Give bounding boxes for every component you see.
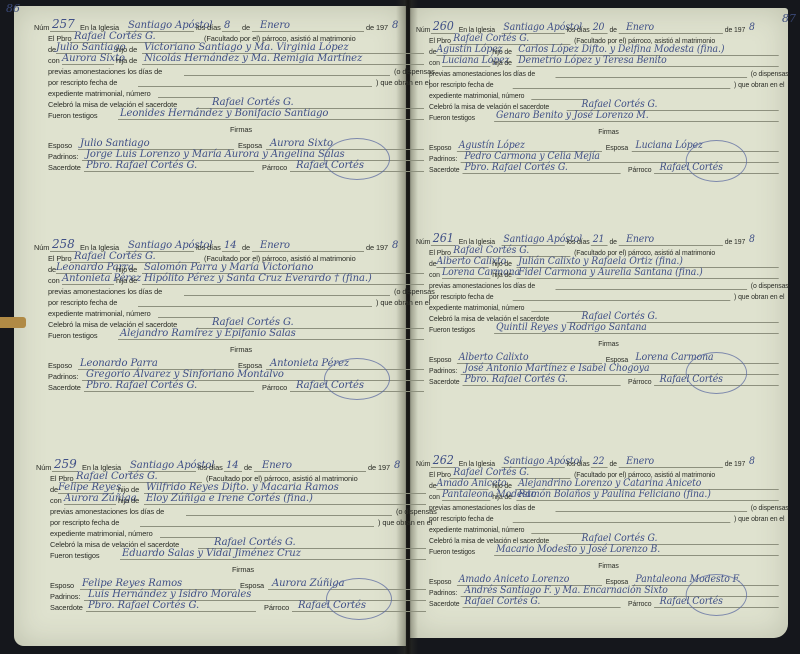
anio-value: 8	[749, 456, 755, 467]
marriage-entry: Núm 257 En la Iglesia Santiago Apóstol l…	[34, 22, 426, 182]
sacerdote-label: Sacerdote	[48, 383, 81, 392]
mes-line	[619, 245, 723, 246]
dias-label: los días	[567, 237, 590, 246]
esposo-value: Felipe Reyes	[58, 482, 121, 493]
sacerdote-line	[86, 611, 256, 612]
amonestaciones-label: previas amonestaciones los días de	[429, 69, 535, 78]
firmas-label: Firmas	[598, 561, 618, 570]
esposa-line	[62, 64, 114, 65]
marriage-entry: Núm 260 En la Iglesia Santiago Apóstol l…	[416, 24, 781, 184]
obran-label: ) que obran en el	[734, 514, 784, 523]
amonestaciones-label: previas amonestaciones los días de	[48, 287, 162, 296]
dia-value: 20	[593, 22, 605, 33]
rescripto-label: por rescripto fecha de	[429, 292, 493, 301]
parroco-label: Párroco	[628, 165, 651, 174]
dias-label: los días	[196, 243, 221, 252]
esposa-line	[442, 278, 490, 279]
firma-sacerdote: Pbro. Rafael Cortés G.	[86, 160, 197, 171]
padrinos-label: Padrinos:	[429, 154, 457, 163]
rescripto-line	[513, 522, 731, 523]
expediente-label: expediente matrimonial, número	[50, 529, 153, 538]
expediente-line	[531, 311, 587, 312]
con-label: con	[48, 56, 60, 65]
celebrante-value: Rafael Cortés G.	[582, 311, 658, 322]
esposo-label: Esposo	[429, 577, 451, 586]
de-prefix-label: de	[429, 47, 436, 56]
dia-line	[222, 31, 240, 32]
hija-de-label: hija de	[116, 56, 137, 65]
testigos-label: Fueron testigos	[50, 551, 99, 560]
anio-label: de 197	[725, 459, 745, 468]
pbro-value: Rafael Cortés G.	[74, 251, 156, 262]
parish-seal-stamp	[326, 578, 392, 620]
celebrante-value: Rafael Cortés G.	[582, 533, 658, 544]
rescripto-label: por rescripto fecha de	[48, 78, 117, 87]
esposa-line	[442, 66, 490, 67]
mes-value: Enero	[626, 22, 654, 33]
num-label: Núm	[416, 237, 430, 246]
padres-esposa-value: Fidel Carmona y Aurelia Santana (fina.)	[518, 267, 702, 278]
firma-esposo: Leonardo Parra	[80, 358, 158, 369]
num-label: Núm	[34, 23, 49, 32]
expediente-label: expediente matrimonial, número	[48, 89, 151, 98]
sacerdote-line	[463, 607, 621, 608]
celebrante-value: Rafael Cortés G.	[214, 537, 296, 548]
dia-value: 14	[226, 460, 239, 471]
esposo-label: Esposo	[48, 361, 72, 370]
marriage-entry: Núm 259 En la Iglesia Santiago Apóstol l…	[36, 462, 428, 622]
de-label: de	[609, 25, 616, 34]
esposa-line	[62, 284, 114, 285]
hija-de-label: hija de	[492, 270, 512, 279]
pbro-value: Rafael Cortés G.	[453, 33, 529, 44]
firma-esposo: Agustín López	[459, 140, 525, 151]
con-label: con	[429, 270, 440, 279]
padrinos-label: Padrinos:	[429, 366, 457, 375]
firma-esposo: Amado Aniceto Lorenzo	[459, 574, 570, 585]
testigos-line	[118, 339, 424, 340]
testigos-line	[494, 121, 779, 122]
amonestaciones-line	[184, 295, 390, 296]
padres-esposa-line	[516, 500, 778, 501]
anio-value: 8	[749, 22, 755, 33]
de-prefix-label: de	[48, 265, 56, 274]
padres-esposo-value: Wilfrido Reyes Difto. y Macaria Ramos	[146, 482, 339, 493]
sacerdote-label: Sacerdote	[48, 163, 81, 172]
anio-label: de 197	[366, 23, 388, 32]
esposa-label: Esposa	[606, 143, 628, 152]
num-line	[52, 471, 78, 472]
esposa-line	[64, 504, 116, 505]
dispensas-label: (o dispensas	[751, 281, 789, 290]
testigos-line	[494, 333, 779, 334]
sacerdote-line	[84, 171, 254, 172]
num-line	[50, 251, 76, 252]
mes-line	[254, 471, 366, 472]
amonestaciones-line	[186, 515, 392, 516]
rescripto-label: por rescripto fecha de	[48, 298, 117, 307]
marriage-entry: Núm 258 En la Iglesia Santiago Apóstol l…	[34, 242, 426, 402]
firma-esposo: Felipe Reyes Ramos	[82, 578, 182, 589]
padrinos-value: Andrés Santiago F. y Ma. Encarnación Six…	[464, 585, 667, 596]
sacerdote-label: Sacerdote	[429, 165, 460, 174]
expediente-line	[160, 537, 220, 538]
con-label: con	[50, 496, 62, 505]
pbro-value: Rafael Cortés G.	[453, 245, 529, 256]
rescripto-line	[513, 300, 731, 301]
dia-line	[224, 471, 242, 472]
anio-label: de 197	[366, 243, 388, 252]
testigos-label: Fueron testigos	[429, 547, 475, 556]
rescripto-label: por rescripto fecha de	[50, 518, 119, 527]
expediente-label: expediente matrimonial, número	[429, 303, 524, 312]
con-label: con	[429, 492, 440, 501]
padres-esposo-value: Julián Calixto y Rafaela Ortiz (fina.)	[518, 256, 683, 267]
de-prefix-label: de	[429, 481, 436, 490]
padrinos-value: Gregorio Álvarez y Sinforiano Montalvo	[86, 369, 284, 380]
testigos-label: Fueron testigos	[429, 325, 475, 334]
expediente-label: expediente matrimonial, número	[429, 525, 524, 534]
left-page-number: 86	[6, 2, 20, 15]
rescripto-line	[138, 86, 372, 87]
esposo-label: Esposo	[429, 355, 451, 364]
mes-line	[252, 251, 364, 252]
parish-seal-stamp	[324, 138, 390, 180]
sacerdote-label: Sacerdote	[429, 377, 460, 386]
rescripto-label: por rescripto fecha de	[429, 80, 493, 89]
parroco-label: Párroco	[264, 603, 289, 612]
rescripto-label: por rescripto fecha de	[429, 514, 493, 523]
right-page-number: 87	[782, 12, 796, 25]
mes-value: Enero	[262, 460, 292, 471]
hija-de-label: hija de	[118, 496, 139, 505]
anio-value: 8	[394, 460, 400, 471]
expediente-label: expediente matrimonial, número	[429, 91, 524, 100]
padres-esposa-value: Demetrio López y Teresa Benito	[518, 55, 666, 66]
de-prefix-label: de	[50, 485, 58, 494]
de-prefix-label: de	[429, 259, 436, 268]
anio-value: 8	[749, 234, 755, 245]
padres-esposa-value: Nicolás Hernández y Ma. Remigia Martínez	[144, 53, 362, 64]
de-label: de	[242, 243, 250, 252]
dia-line	[591, 33, 608, 34]
con-label: con	[48, 276, 60, 285]
padres-esposo-value: Salomón Parra y María Victoriano	[144, 262, 313, 273]
padres-esposa-line	[144, 504, 426, 505]
padrinos-label: Padrinos:	[429, 588, 457, 597]
marriage-entry: Núm 262 En la Iglesia Santiago Apóstol l…	[416, 458, 781, 618]
num-label: Núm	[34, 243, 49, 252]
firma-esposa: Aurora Sixto	[270, 138, 333, 149]
firma-sacerdote: Rafael Cortés G.	[464, 596, 540, 607]
padres-esposa-value: Ramón Bolaños y Paulina Feliciano (fina.…	[518, 489, 710, 500]
amonestaciones-line	[556, 77, 748, 78]
firmas-label: Firmas	[598, 127, 618, 136]
de-label: de	[242, 23, 250, 32]
num-line	[431, 467, 455, 468]
amonestaciones-line	[184, 75, 390, 76]
mes-value: Enero	[626, 456, 654, 467]
testigos-value: Alejandro Ramírez y Epifanio Salas	[120, 328, 296, 339]
testigos-label: Fueron testigos	[429, 113, 475, 122]
rescripto-line	[138, 306, 372, 307]
parroco-label: Párroco	[628, 599, 651, 608]
testigos-value: Genaro Benito y José Lorenzo M.	[496, 110, 649, 121]
dia-line	[591, 467, 608, 468]
parish-seal-stamp	[686, 140, 747, 182]
testigos-value: Quintil Reyes y Rodrigo Santana	[496, 322, 647, 333]
mes-line	[619, 467, 723, 468]
firmas-label: Firmas	[598, 339, 618, 348]
padrinos-label: Padrinos:	[48, 372, 78, 381]
num-line	[431, 33, 455, 34]
amonestaciones-line	[556, 511, 748, 512]
de-prefix-label: de	[48, 45, 56, 54]
testigos-line	[494, 555, 779, 556]
celebrante-value: Rafael Cortés G.	[212, 317, 294, 328]
entry-number: 258	[52, 237, 75, 251]
entry-number: 262	[433, 453, 454, 467]
amonestaciones-label: previas amonestaciones los días de	[48, 67, 162, 76]
padrinos-value: Jorge Luis Lorenzo y María Aurora y Ange…	[86, 149, 345, 160]
anio-value: 8	[392, 240, 398, 251]
firma-sacerdote: Pbro. Rafael Cortés G.	[464, 374, 567, 385]
anio-value: 8	[392, 20, 398, 31]
de-label: de	[609, 237, 616, 246]
padres-esposo-value: Carlos López Difto. y Delfina Modesta (f…	[518, 44, 724, 55]
expediente-line	[158, 97, 218, 98]
esposo-label: Esposo	[48, 141, 72, 150]
padrinos-value: José Antonio Martínez e Isabel Chogoya	[464, 363, 649, 374]
parish-seal-stamp	[324, 358, 390, 400]
expediente-line	[158, 317, 218, 318]
firmas-label: Firmas	[232, 565, 254, 574]
firma-sacerdote: Pbro. Rafael Cortés G.	[86, 380, 197, 391]
sacerdote-line	[463, 173, 621, 174]
testigos-value: Macario Modesto y José Lorenzo B.	[496, 544, 660, 555]
hija-de-label: hija de	[492, 492, 512, 501]
padres-esposa-line	[142, 64, 424, 65]
dias-label: los días	[567, 459, 590, 468]
num-line	[50, 31, 76, 32]
expediente-line	[531, 533, 587, 534]
dia-value: 21	[593, 234, 605, 245]
celebrante-value: Rafael Cortés G.	[582, 99, 658, 110]
firma-esposo: Alberto Calixto	[459, 352, 529, 363]
expediente-label: expediente matrimonial, número	[48, 309, 151, 318]
parish-seal-stamp	[686, 574, 747, 616]
firmas-label: Firmas	[230, 345, 252, 354]
esposo-label: Esposo	[50, 581, 74, 590]
sacerdote-label: Sacerdote	[429, 599, 460, 608]
testigos-label: Fueron testigos	[48, 331, 97, 340]
con-label: con	[429, 58, 440, 67]
expediente-line	[531, 99, 587, 100]
sacerdote-line	[463, 385, 621, 386]
obran-label: ) que obran en el	[734, 80, 784, 89]
dia-value: 8	[224, 20, 230, 31]
celebrante-value: Rafael Cortés G.	[212, 97, 294, 108]
num-line	[431, 245, 455, 246]
mes-line	[619, 33, 723, 34]
firma-esposo: Julio Santiago	[80, 138, 150, 149]
padres-esposa-line	[142, 284, 424, 285]
parish-seal-stamp	[686, 352, 747, 394]
dia-value: 22	[593, 456, 605, 467]
padres-esposo-value: Victoriano Santiago y Ma. Virginia López	[144, 42, 349, 53]
parroco-label: Párroco	[628, 377, 651, 386]
amonestaciones-line	[556, 289, 748, 290]
anio-label: de 197	[725, 25, 745, 34]
dia-line	[222, 251, 240, 252]
hija-de-label: hija de	[492, 58, 512, 67]
padrinos-value: Luis Hernández y Isidro Morales	[88, 589, 251, 600]
dia-value: 14	[224, 240, 237, 251]
dias-label: los días	[196, 23, 221, 32]
entry-number: 257	[52, 17, 75, 31]
dias-label: los días	[198, 463, 223, 472]
mes-value: Enero	[626, 234, 654, 245]
marriage-entry: Núm 261 En la Iglesia Santiago Apóstol l…	[416, 236, 781, 396]
firma-sacerdote: Pbro. Rafael Cortés G.	[464, 162, 567, 173]
entry-number: 259	[54, 457, 77, 471]
padres-esposa-line	[516, 66, 778, 67]
hija-de-label: hija de	[116, 276, 137, 285]
rescripto-line	[513, 88, 731, 89]
testigos-value: Eduardo Salas y Vidal Jiménez Cruz	[122, 548, 301, 559]
mes-value: Enero	[260, 20, 290, 31]
de-label: de	[244, 463, 252, 472]
sacerdote-label: Sacerdote	[50, 603, 83, 612]
sacerdote-line	[84, 391, 254, 392]
pbro-value: Rafael Cortés G.	[76, 471, 158, 482]
firmas-label: Firmas	[230, 125, 252, 134]
testigos-line	[120, 559, 426, 560]
mes-line	[252, 31, 364, 32]
padres-esposa-value: Hipólito Pérez y Santa Cruz Everardo † (…	[144, 273, 372, 284]
padres-esposo-value: Alejandrino Lorenzo y Catarina Aniceto	[518, 478, 701, 489]
anio-label: de 197	[368, 463, 390, 472]
num-label: Núm	[416, 25, 430, 34]
dia-line	[591, 245, 608, 246]
firma-sacerdote: Pbro. Rafael Cortés G.	[88, 600, 199, 611]
amonestaciones-label: previas amonestaciones los días de	[429, 503, 535, 512]
testigos-value: Leonides Hernández y Bonifacio Santiago	[120, 108, 328, 119]
parroco-label: Párroco	[262, 383, 287, 392]
dias-label: los días	[567, 25, 590, 34]
anio-label: de 197	[725, 237, 745, 246]
testigos-line	[118, 119, 424, 120]
padrinos-label: Padrinos:	[50, 592, 80, 601]
amonestaciones-label: previas amonestaciones los días de	[50, 507, 164, 516]
rescripto-line	[140, 526, 374, 527]
de-label: de	[609, 459, 616, 468]
amonestaciones-label: previas amonestaciones los días de	[429, 281, 535, 290]
testigos-label: Fueron testigos	[48, 111, 97, 120]
parroco-label: Párroco	[262, 163, 287, 172]
dispensas-label: (o dispensas	[751, 69, 789, 78]
bookmark-ribbon	[0, 317, 26, 328]
padrinos-value: Pedro Carmona y Celia Mejía	[464, 151, 600, 162]
pbro-value: Rafael Cortés G.	[74, 31, 156, 42]
padres-esposa-value: Eloy Zúñiga e Irene Cortés (fina.)	[146, 493, 313, 504]
num-label: Núm	[416, 459, 430, 468]
num-label: Núm	[36, 463, 51, 472]
pbro-value: Rafael Cortés G.	[453, 467, 529, 478]
obran-label: ) que obran en el	[734, 292, 784, 301]
padrinos-label: Padrinos:	[48, 152, 78, 161]
padres-esposa-line	[516, 278, 778, 279]
entry-number: 261	[433, 231, 454, 245]
esposa-line	[442, 500, 490, 501]
dispensas-label: (o dispensas	[751, 503, 789, 512]
mes-value: Enero	[260, 240, 290, 251]
esposo-label: Esposo	[429, 143, 451, 152]
entry-number: 260	[433, 19, 454, 33]
